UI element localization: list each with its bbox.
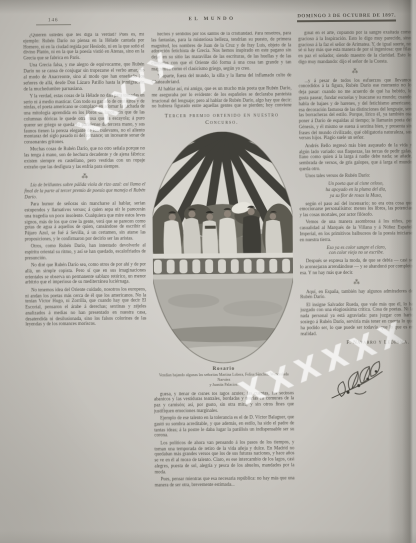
- issue-date: DOMINGO 3 DE OCTUBRE DE 1897.: [297, 14, 396, 23]
- leaf-sprig-icon: [324, 354, 390, 405]
- paragraph: Para humor de señoras sin mancharse al h…: [24, 202, 145, 243]
- masthead-title: EL MUNDO: [188, 17, 235, 22]
- column-middle-top: hechos y sentidos por los santos de la c…: [151, 31, 292, 108]
- page-header: 146 EL MUNDO DOMINGO 3 DE OCTUBRE DE 189…: [22, 12, 402, 27]
- paragraph: guesa, y llenar de cisnes los lagos azul…: [154, 391, 294, 415]
- photo-caption-line: y Juanita Palacios.: [154, 382, 294, 388]
- paragraph: Los políticos de ahora van pensando á lo…: [154, 440, 294, 476]
- paragraph: No diré que Rubén Darío sea, como otros …: [25, 263, 146, 287]
- paragraph: Muchas cosas de Rubén Darío, que no otro…: [24, 147, 145, 171]
- paragraph: Pues, pensar mientras que esa necesaria …: [155, 476, 295, 489]
- paragraph: Y aparte, fuera del mundo, la silla y la…: [151, 73, 291, 86]
- newspaper-scan: 146 EL MUNDO DOMINGO 3 DE OCTUBRE DE 189…: [0, 0, 416, 543]
- column-middle: hechos y sentidos por los santos de la c…: [151, 31, 295, 525]
- column-middle-bottom: guesa, y llenar de cisnes los lagos azul…: [154, 391, 295, 526]
- foreground-ground: [151, 278, 295, 364]
- scan-shadow-bottom: [0, 531, 416, 543]
- scan-shadow-right-edge: [388, 0, 416, 543]
- paragraph: Ejemplo de ese talento en la tolerancia …: [154, 415, 294, 439]
- page-number: 146: [36, 18, 71, 25]
- photo-caption: Rosario Vendían bajando algunas las seño…: [154, 366, 294, 388]
- text-columns: ¿Quieren ustedes que les diga la verdad?…: [23, 30, 415, 526]
- balustrade: [151, 252, 295, 279]
- paragraph: Al hablar así, mi amigo, que es un mucho…: [152, 86, 292, 108]
- paragraph: Una Grecia falsa, y me alegro de equivoc…: [23, 63, 144, 93]
- photo-group-portrait: [151, 130, 295, 364]
- paragraph: No tenemos idea del Oriente cuidado, nos…: [25, 287, 146, 328]
- section-ornament: ⁂: [24, 172, 145, 181]
- paragraph-italic: Lía de brillantes sobre pálida viola de …: [24, 183, 145, 201]
- paragraph: Y la verdad, estas cosas de la Hélade no…: [24, 93, 145, 146]
- paragraph: hechos y sentidos por los santos de la c…: [151, 31, 291, 73]
- scan-shadow-top: [0, 0, 416, 14]
- column-left: ¿Quieren ustedes que les diga la verdad?…: [23, 32, 148, 526]
- paragraph: Otros, como Rubén Darío, han intentado d…: [25, 244, 146, 262]
- contest-headline: Tercer premio obtenido en nuestro Concur…: [152, 112, 292, 127]
- oval-photograph: [151, 130, 295, 364]
- paragraph: ¿Quieren ustedes que les diga la verdad?…: [23, 32, 144, 62]
- newspaper-page: 146 EL MUNDO DOMINGO 3 DE OCTUBRE DE 189…: [0, 0, 416, 543]
